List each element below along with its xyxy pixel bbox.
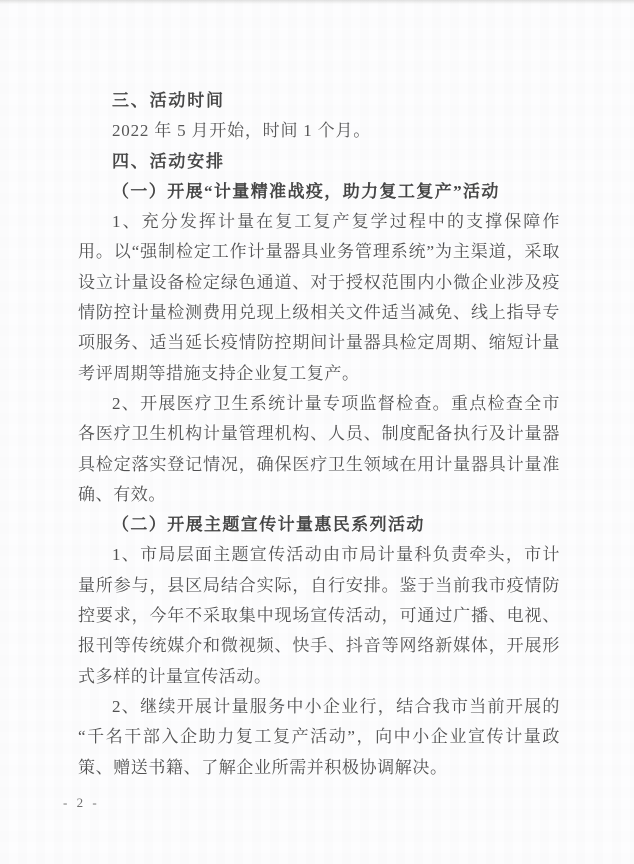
- paragraph: 1、市局层面主题宣传活动由市局计量科负责牵头，市计量所参与，县区局结合实际，自行…: [78, 540, 560, 691]
- paragraph: 2、开展医疗卫生系统计量专项监督检查。重点检查全市各医疗卫生机构计量管理机构、人…: [78, 389, 560, 510]
- body-line: 2022 年 5 月开始，时间 1 个月。: [78, 116, 560, 146]
- paragraph: 2、继续开展计量服务中小企业行，结合我市当前开展的“千名干部入企助力复工复产活动…: [78, 692, 560, 783]
- page-number: - 2 -: [63, 795, 100, 810]
- section-heading: 三、活动时间: [78, 86, 560, 116]
- document-page: 三、活动时间2022 年 5 月开始，时间 1 个月。四、活动安排（一）开展“计…: [0, 0, 634, 864]
- section-heading: 四、活动安排: [78, 147, 560, 177]
- document-body: 三、活动时间2022 年 5 月开始，时间 1 个月。四、活动安排（一）开展“计…: [78, 86, 560, 783]
- paragraph: 1、充分发挥计量在复工复产复学过程中的支撑保障作用。以“强制检定工作计量器具业务…: [78, 207, 560, 389]
- page-footer: - 2 -: [63, 794, 100, 812]
- sub-heading: （一）开展“计量精准战疫，助力复工复产”活动: [78, 177, 560, 207]
- sub-heading: （二）开展主题宣传计量惠民系列活动: [78, 510, 560, 540]
